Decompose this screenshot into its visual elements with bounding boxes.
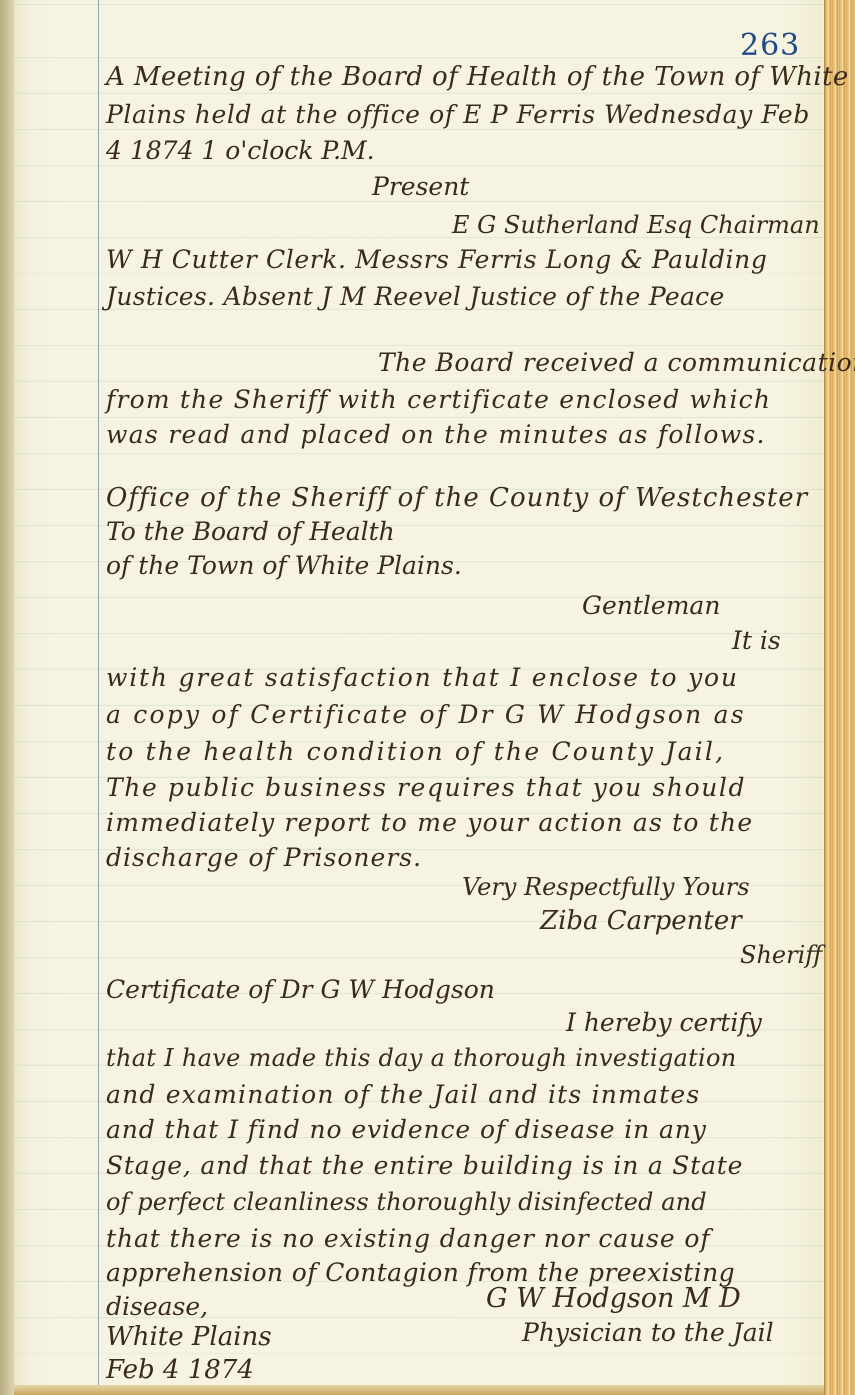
attendance-line-2: W H Cutter Clerk. Messrs Ferris Long & P… [106, 245, 767, 275]
board-note-line-2: from the Sheriff with certificate enclos… [106, 385, 771, 415]
certificate-body-4: Stage, and that the entire building is i… [106, 1151, 743, 1181]
board-note-line-1: The Board received a communication [378, 348, 855, 378]
header-line-1: A Meeting of the Board of Health of the … [106, 62, 849, 92]
header-line-3: 4 1874 1 o'clock P.M. [106, 136, 375, 166]
present-label: Present [372, 172, 469, 202]
sheriff-letter-body-5: immediately report to me your action as … [106, 808, 753, 838]
page-number: 263 [740, 28, 800, 63]
certificate-body-5: of perfect cleanliness thoroughly disinf… [106, 1187, 707, 1217]
certificate-body-1: that I have made this day a thorough inv… [106, 1043, 737, 1073]
certificate-body-8: disease, [106, 1292, 208, 1322]
book-gutter [0, 0, 14, 1395]
certificate-signature: G W Hodgson M D [486, 1284, 741, 1314]
sheriff-letter-body-2: a copy of Certificate of Dr G W Hodgson … [106, 700, 746, 730]
sheriff-letter-body-6: discharge of Prisoners. [106, 843, 422, 873]
sheriff-letter-body-1: with great satisfaction that I enclose t… [106, 663, 739, 693]
attendance-line-3: Justices. Absent J M Reevel Justice of t… [106, 282, 725, 312]
certificate-body-2: and examination of the Jail and its inma… [106, 1080, 700, 1110]
page-stack-edges [824, 0, 855, 1395]
certificate-body-3: and that I find no evidence of disease i… [106, 1115, 707, 1145]
certificate-place: White Plains [106, 1322, 272, 1352]
sheriff-letter-to-1: To the Board of Health [106, 517, 395, 547]
sheriff-title: Sheriff [740, 940, 822, 970]
header-line-2: Plains held at the office of E P Ferris … [106, 100, 810, 130]
sheriff-letter-heading: Office of the Sheriff of the County of W… [106, 483, 808, 513]
certificate-body-6: that there is no existing danger nor cau… [106, 1224, 711, 1254]
sheriff-letter-body-start: It is [732, 626, 781, 656]
sheriff-signature: Ziba Carpenter [540, 906, 742, 936]
sheriff-letter-to-2: of the Town of White Plains. [106, 551, 462, 581]
certificate-heading: Certificate of Dr G W Hodgson [106, 975, 495, 1005]
margin-line [98, 0, 99, 1385]
ledger-page: 263 A Meeting of the Board of Health of … [0, 0, 855, 1395]
chairman-line: E G Sutherland Esq Chairman [452, 210, 820, 240]
certificate-opening: I hereby certify [566, 1008, 762, 1038]
sheriff-letter-salutation: Gentleman [582, 591, 720, 621]
certificate-date: Feb 4 1874 [106, 1355, 254, 1385]
certificate-signer-title: Physician to the Jail [522, 1318, 774, 1348]
sheriff-letter-body-4: The public business requires that you sh… [106, 773, 746, 803]
page-bottom-edge [14, 1385, 824, 1395]
board-note-line-3: was read and placed on the minutes as fo… [106, 420, 766, 450]
sheriff-letter-body-3: to the health condition of the County Ja… [106, 737, 725, 767]
sheriff-letter-closing: Very Respectfully Yours [462, 872, 750, 902]
